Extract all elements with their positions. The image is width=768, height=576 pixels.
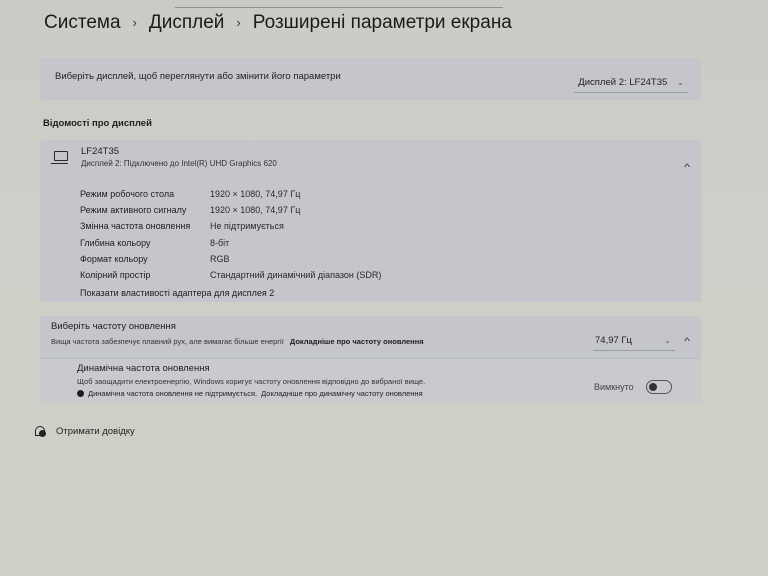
property-row: Режим робочого стола 1920 × 1080, 74,97 … bbox=[80, 186, 381, 202]
property-row: Режим активного сигналу 1920 × 1080, 74,… bbox=[80, 202, 381, 218]
property-key: Змінна частота оновлення bbox=[80, 221, 210, 231]
refresh-rate-subtitle: Вища частота забезпечує плавний рух, але… bbox=[51, 337, 284, 346]
dynamic-refresh-learn-more-link[interactable]: Докладніше про динамічну частоту оновлен… bbox=[261, 389, 423, 398]
dynamic-refresh-card: Динамічна частота оновлення Щоб заощадит… bbox=[40, 358, 701, 403]
refresh-rate-learn-more-link[interactable]: Докладніше про частоту оновлення bbox=[290, 337, 424, 346]
refresh-rate-dropdown[interactable]: 74,97 Гц ⌄ bbox=[593, 332, 675, 351]
property-value: 1920 × 1080, 74,97 Гц bbox=[210, 205, 300, 215]
property-key: Режим активного сигналу bbox=[80, 205, 210, 215]
chevron-up-icon[interactable]: ^ bbox=[684, 336, 690, 346]
toggle-knob bbox=[649, 383, 657, 391]
select-display-card: Виберіть дисплей, щоб переглянути або зм… bbox=[40, 58, 701, 100]
property-value: Не підтримується bbox=[210, 221, 284, 231]
adapter-properties-link[interactable]: Показати властивості адаптера для диспле… bbox=[80, 288, 274, 298]
refresh-rate-card: Виберіть частоту оновлення Вища частота … bbox=[40, 316, 701, 358]
display-properties: Режим робочого стола 1920 × 1080, 74,97 … bbox=[80, 186, 381, 283]
display-dropdown[interactable]: Дисплей 2: LF24T35 ⌄ bbox=[574, 74, 688, 93]
dynamic-refresh-subtitle: Щоб заощадити електроенергію, Windows ко… bbox=[77, 377, 425, 386]
monitor-icon bbox=[54, 151, 68, 161]
chevron-right-icon: › bbox=[133, 15, 137, 30]
window-edge-line bbox=[175, 0, 503, 8]
property-value: RGB bbox=[210, 254, 230, 264]
dynamic-refresh-title: Динамічна частота оновлення bbox=[77, 363, 210, 374]
dynamic-refresh-toggle[interactable] bbox=[646, 380, 672, 394]
dynamic-refresh-warning: Динамічна частота оновлення не підтримує… bbox=[77, 389, 423, 398]
get-help-link[interactable]: Отримати довідку bbox=[35, 426, 135, 437]
chevron-down-icon: ⌄ bbox=[664, 336, 671, 345]
property-row: Глибина кольору 8-біт bbox=[80, 235, 381, 251]
property-key: Глибина кольору bbox=[80, 238, 210, 248]
refresh-rate-description: Вища частота забезпечує плавний рух, але… bbox=[51, 337, 424, 346]
chevron-up-icon[interactable]: ^ bbox=[684, 162, 690, 172]
display-info-heading: Відомості про дисплей bbox=[43, 118, 152, 129]
get-help-label: Отримати довідку bbox=[56, 426, 135, 437]
display-info-card: LF24T35 Дисплей 2: Підключено до Intel(R… bbox=[40, 140, 701, 302]
chevron-right-icon: › bbox=[236, 15, 240, 30]
refresh-rate-value: 74,97 Гц bbox=[595, 335, 632, 346]
display-dropdown-value: Дисплей 2: LF24T35 bbox=[578, 77, 667, 88]
breadcrumb: Система › Дисплей › Розширені параметри … bbox=[44, 12, 512, 34]
display-connection: Дисплей 2: Підключено до Intel(R) UHD Gr… bbox=[81, 159, 277, 168]
property-row: Змінна частота оновлення Не підтримуєтьс… bbox=[80, 218, 381, 234]
property-row: Колірний простір Стандартний динамічний … bbox=[80, 267, 381, 283]
dynamic-refresh-warning-text: Динамічна частота оновлення не підтримує… bbox=[88, 389, 257, 398]
breadcrumb-display[interactable]: Дисплей bbox=[149, 12, 225, 34]
toggle-state-label: Вимкнуто bbox=[594, 382, 634, 392]
display-name: LF24T35 bbox=[81, 146, 119, 157]
breadcrumb-system[interactable]: Система bbox=[44, 12, 121, 34]
page-title: Розширені параметри екрана bbox=[253, 12, 512, 34]
chevron-down-icon: ⌄ bbox=[677, 78, 684, 87]
select-display-label: Виберіть дисплей, щоб переглянути або зм… bbox=[55, 71, 341, 82]
refresh-rate-title: Виберіть частоту оновлення bbox=[51, 321, 176, 332]
property-key: Режим робочого стола bbox=[80, 189, 210, 199]
property-key: Колірний простір bbox=[80, 270, 210, 280]
help-icon bbox=[35, 426, 46, 437]
property-value: Стандартний динамічний діапазон (SDR) bbox=[210, 270, 381, 280]
property-row: Формат кольору RGB bbox=[80, 251, 381, 267]
property-value: 1920 × 1080, 74,97 Гц bbox=[210, 189, 300, 199]
property-key: Формат кольору bbox=[80, 254, 210, 264]
property-value: 8-біт bbox=[210, 238, 229, 248]
info-icon bbox=[77, 390, 84, 397]
